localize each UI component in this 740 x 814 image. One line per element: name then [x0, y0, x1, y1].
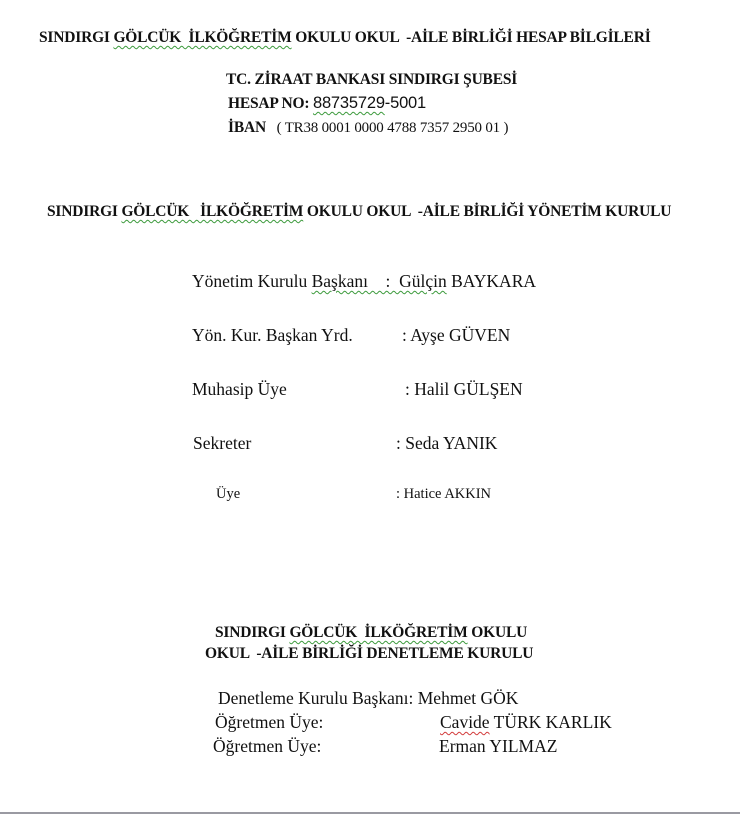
- audit-member-president: Denetleme Kurulu Başkanı: Mehmet GÖK: [218, 688, 518, 709]
- account-number-suffix: -5001: [385, 94, 426, 112]
- member-name: TÜRK KARLIK: [490, 712, 612, 732]
- audit-member-name: Erman YILMAZ: [439, 736, 557, 757]
- audit-member-role: Öğretmen Üye:: [213, 736, 321, 757]
- title-part: SINDIRGI: [215, 624, 289, 641]
- board-member-name: : Seda YANIK: [396, 433, 497, 454]
- member-role: Yönetim Kurulu: [192, 271, 312, 291]
- title-part: OKULU OKUL -AİLE BİRLİĞİ YÖNETİM KURULU: [303, 203, 671, 220]
- iban-value: ( TR38 0001 0000 4788 7357 2950 01 ): [266, 120, 508, 136]
- title-part: OKULU: [468, 624, 528, 641]
- account-number: 88735729: [313, 94, 385, 112]
- audit-section-title-line2: OKUL -AİLE BİRLİĞİ DENETLEME KURULU: [205, 645, 533, 663]
- audit-member-name: Cavide TÜRK KARLIK: [440, 712, 612, 733]
- member-name: Mehmet GÖK: [413, 688, 518, 708]
- board-member-president: Yönetim Kurulu Başkanı : Gülçin BAYKARA: [192, 271, 536, 292]
- board-section-title: SINDIRGI GÖLCÜK İLKÖĞRETİM OKULU OKUL -A…: [47, 203, 671, 221]
- member-name-spellcheck: Cavide: [440, 712, 490, 732]
- title-part-spellcheck: GÖLCÜK İLKÖĞRETİM: [113, 29, 291, 46]
- board-member-name: : Hatice AKKIN: [396, 486, 491, 503]
- account-number-line: HESAP NO: 88735729-5001: [228, 94, 426, 113]
- iban-line: İBAN ( TR38 0001 0000 4788 7357 2950 01 …: [228, 119, 508, 137]
- board-member-role: Üye: [216, 486, 240, 503]
- title-part: SINDIRGI: [47, 203, 121, 220]
- member-role-name: Başkanı : Gülçin: [312, 271, 447, 291]
- member-role: Denetleme Kurulu Başkanı:: [218, 688, 413, 708]
- title-part: OKULU OKUL -AİLE BİRLİĞİ HESAP BİLGİLERİ: [292, 29, 651, 46]
- board-member-name: : Ayşe GÜVEN: [402, 325, 510, 346]
- account-label: HESAP NO:: [228, 95, 313, 112]
- title-part-spellcheck: GÖLCÜK İLKÖĞRETİM: [121, 203, 303, 220]
- board-member-name: : Halil GÜLŞEN: [405, 379, 523, 400]
- bank-name: TC. ZİRAAT BANKASI SINDIRGI ŞUBESİ: [226, 71, 517, 89]
- member-name: BAYKARA: [447, 271, 536, 291]
- audit-section-title-line1: SINDIRGI GÖLCÜK İLKÖĞRETİM OKULU: [215, 624, 527, 642]
- board-member-role: Yön. Kur. Başkan Yrd.: [192, 325, 353, 346]
- audit-member-role: Öğretmen Üye:: [215, 712, 323, 733]
- title-part-spellcheck: GÖLCÜK İLKÖĞRETİM: [289, 624, 467, 641]
- iban-label: İBAN: [228, 119, 266, 136]
- board-member-role: Sekreter: [193, 433, 251, 454]
- board-member-role: Muhasip Üye: [192, 379, 287, 400]
- title-part: SINDIRGI: [39, 29, 113, 46]
- bank-section-title: SINDIRGI GÖLCÜK İLKÖĞRETİM OKULU OKUL -A…: [39, 29, 651, 47]
